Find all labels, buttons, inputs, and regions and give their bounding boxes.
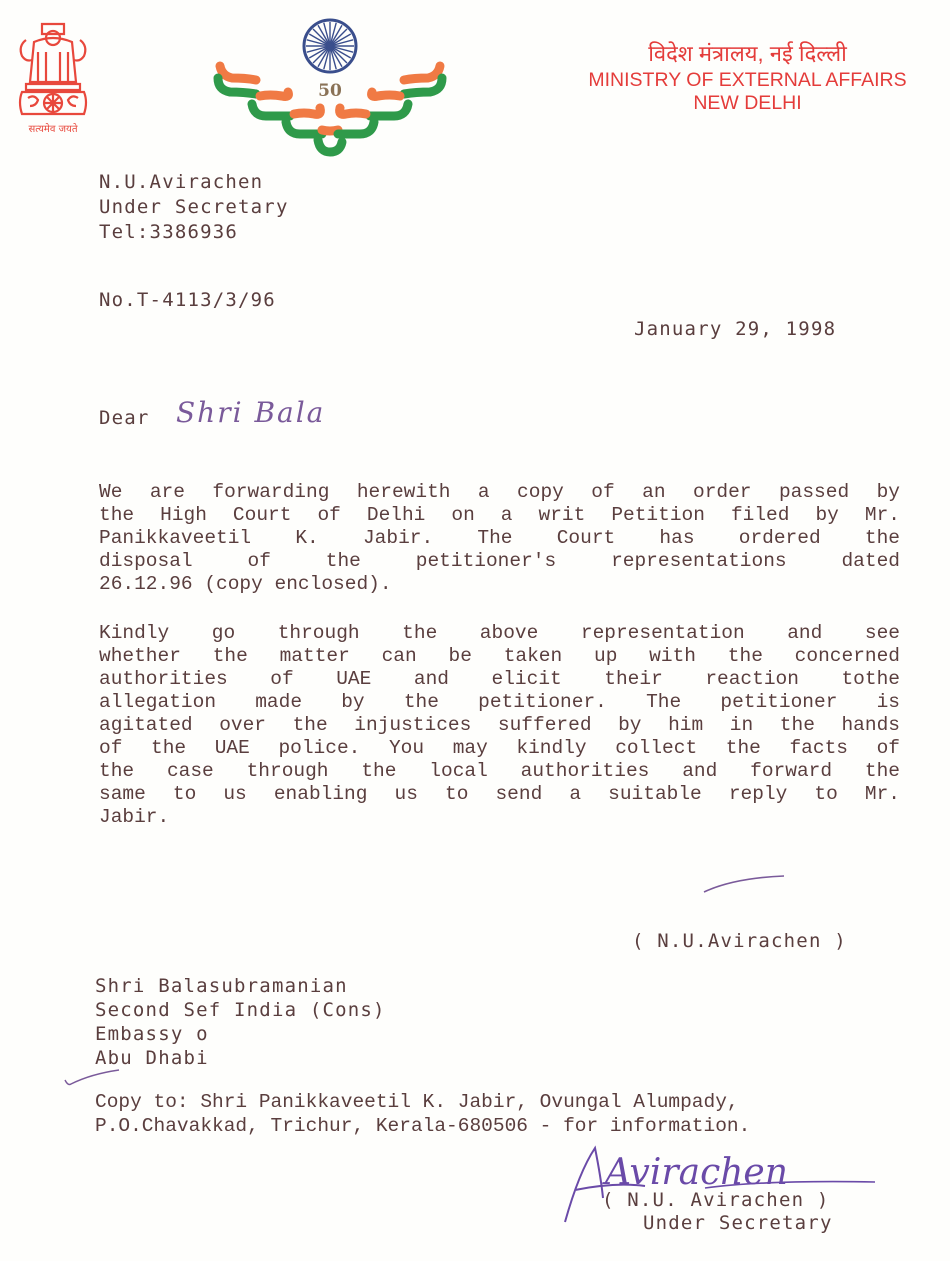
- tricolor-ribbons: [218, 66, 442, 152]
- body-line: disposal of the petitioner's representat…: [99, 550, 900, 573]
- body-line: allegation made by the petitioner. The p…: [99, 691, 900, 714]
- body-line: agitated over the injustices suffered by…: [99, 714, 900, 737]
- salutation-printed: Dear: [99, 407, 150, 429]
- ashoka-chakra-icon: [304, 20, 356, 72]
- body-line: 26.12.96 (copy enclosed).: [99, 573, 900, 596]
- fifty-years-logo: 50: [212, 18, 448, 158]
- final-signature-designation: Under Secretary: [643, 1212, 833, 1234]
- body-line: same to us enabling us to send a suitabl…: [99, 783, 900, 806]
- body-line: of the UAE police. You may kindly collec…: [99, 737, 900, 760]
- copy-to-line: Copy to: Shri Panikkaveetil K. Jabir, Ov…: [95, 1090, 750, 1114]
- svg-text:सत्यमेव जयते: सत्यमेव जयते: [28, 123, 77, 135]
- body-line: Jabir.: [99, 806, 900, 829]
- sender-block: N.U.Avirachen Under Secretary Tel:338693…: [99, 170, 289, 245]
- ministry-name-hindi: विदेश मंत्रालय, नई दिल्ली: [560, 40, 935, 68]
- svg-text:Avirachen: Avirachen: [602, 1152, 788, 1193]
- body-line: the High Court of Delhi on a writ Petiti…: [99, 504, 900, 527]
- ministry-header: विदेश मंत्रालय, नई दिल्ली MINISTRY OF EX…: [560, 40, 935, 114]
- svg-text:50: 50: [318, 81, 342, 101]
- final-signature-name: ( N.U. Avirachen ): [602, 1189, 830, 1211]
- body-paragraph-1: We are forwarding herewith a copy of an …: [99, 481, 900, 596]
- initial-mark: [700, 872, 790, 896]
- recipient-block: Shri Balasubramanian Second Sef India (C…: [95, 974, 386, 1070]
- body-line: authorities of UAE and elicit their reac…: [99, 668, 900, 691]
- check-mark: [62, 1068, 122, 1090]
- lion-capital-icon: सत्यमेव जयते: [12, 18, 94, 138]
- sender-designation: Under Secretary: [99, 195, 289, 220]
- reference-number: No.T-4113/3/96: [99, 289, 276, 311]
- ministry-city: NEW DELHI: [560, 92, 935, 114]
- closing-signature-name: ( N.U.Avirachen ): [632, 930, 847, 952]
- body-line: Kindly go through the above representati…: [99, 622, 900, 645]
- copy-to: Copy to: Shri Panikkaveetil K. Jabir, Ov…: [95, 1090, 750, 1138]
- ministry-name-english: MINISTRY OF EXTERNAL AFFAIRS: [560, 68, 935, 92]
- body-line: the case through the local authorities a…: [99, 760, 900, 783]
- body-paragraph-2: Kindly go through the above representati…: [99, 622, 900, 829]
- recipient-line: Embassy o: [95, 1022, 386, 1046]
- recipient-line: Second Sef India (Cons): [95, 998, 386, 1022]
- recipient-line: Shri Balasubramanian: [95, 974, 386, 998]
- recipient-line: Abu Dhabi: [95, 1046, 386, 1070]
- body-line: We are forwarding herewith a copy of an …: [99, 481, 900, 504]
- letter-date: January 29, 1998: [634, 318, 836, 340]
- sender-name: N.U.Avirachen: [99, 170, 289, 195]
- body-line: Panikkaveetil K. Jabir. The Court has or…: [99, 527, 900, 550]
- body-line: whether the matter can be taken up with …: [99, 645, 900, 668]
- salutation-handwritten: Shri Bala: [176, 396, 325, 429]
- national-emblem: सत्यमेव जयते: [12, 18, 94, 138]
- salutation: Dear: [99, 407, 150, 429]
- copy-to-line: P.O.Chavakkad, Trichur, Kerala-680506 - …: [95, 1114, 750, 1138]
- sender-tel: Tel:3386936: [99, 220, 289, 245]
